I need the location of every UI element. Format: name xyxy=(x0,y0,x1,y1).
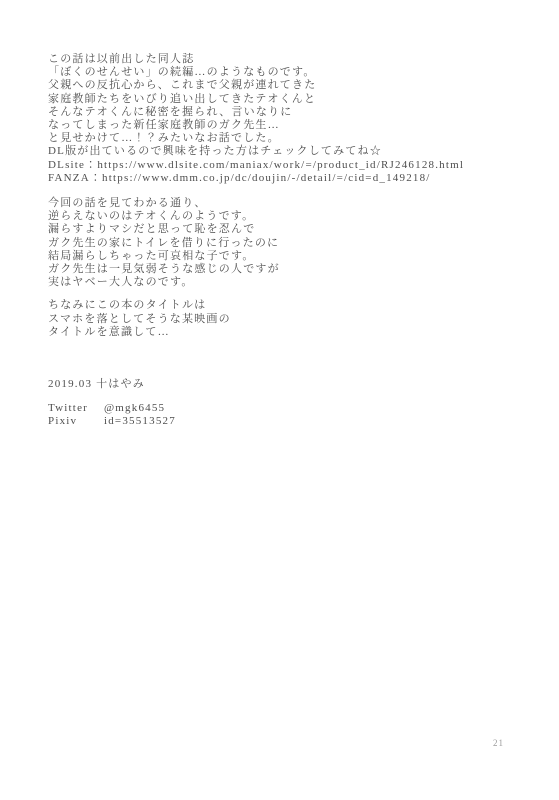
text-line: ガク先生は一見気弱そうな感じの人ですが xyxy=(48,263,539,276)
text-line: 漏らすよりマシだと思って恥を忍んで xyxy=(48,223,539,236)
doujin-afterword-page: この話は以前出した同人誌 「ぼくのせんせい」の続編…のようなものです。 父親への… xyxy=(0,0,559,800)
text-line: そんなテオくんに秘密を握られ、言いなりに xyxy=(48,106,539,119)
dlsite-url-line: DLsite：https://www.dlsite.com/maniax/wor… xyxy=(48,159,539,172)
text-line: 家庭教師たちをいびり追い出してきたテオくんと xyxy=(48,93,539,106)
text-line: 結局漏らしちゃった可哀相な子です。 xyxy=(48,250,539,263)
dl-version-note-line: DL版が出ているので興味を持った方はチェックしてみてね☆ xyxy=(48,145,539,158)
text-line: タイトルを意識して… xyxy=(48,326,539,339)
contact-row-twitter: Twitter @mgk6455 xyxy=(48,402,539,415)
twitter-label: Twitter xyxy=(48,402,100,415)
afterword-content: この話は以前出した同人誌 「ぼくのせんせい」の続編…のようなものです。 父親への… xyxy=(48,53,539,429)
text-line: この話は以前出した同人誌 xyxy=(48,53,539,66)
text-line: スマホを落としてそうな某映画の xyxy=(48,313,539,326)
pixiv-id: id=35513527 xyxy=(104,415,176,427)
twitter-handle: @mgk6455 xyxy=(104,402,165,414)
text-line: ガク先生の家にトイレを借りに行ったのに xyxy=(48,237,539,250)
text-line: 逆らえないのはテオくんのようです。 xyxy=(48,210,539,223)
text-line: なってしまった新任家庭教師のガク先生… xyxy=(48,119,539,132)
title-notes-paragraph: ちなみにこの本のタイトルは スマホを落としてそうな某映画の タイトルを意識して… xyxy=(48,299,539,339)
text-line: 「ぼくのせんせい」の続編…のようなものです。 xyxy=(48,66,539,79)
text-line: ちなみにこの本のタイトルは xyxy=(48,299,539,312)
fanza-url-line: FANZA：https://www.dmm.co.jp/dc/doujin/-/… xyxy=(48,172,539,185)
afterword-intro-paragraph: この話は以前出した同人誌 「ぼくのせんせい」の続編…のようなものです。 父親への… xyxy=(48,53,539,185)
story-notes-paragraph: 今回の話を見てわかる通り、 逆らえないのはテオくんのようです。 漏らすよりマシだ… xyxy=(48,197,539,289)
pixiv-label: Pixiv xyxy=(48,415,100,428)
page-number: 21 xyxy=(493,738,504,748)
date-signature: 2019.03 十はやみ xyxy=(48,378,539,391)
text-line: と見せかけて…！？みたいなお話でした。 xyxy=(48,132,539,145)
contact-row-pixiv: Pixiv id=35513527 xyxy=(48,415,539,428)
text-line: 父親への反抗心から、これまで父親が連れてきた xyxy=(48,79,539,92)
text-line: 実はヤベー大人なのです。 xyxy=(48,276,539,289)
text-line: 今回の話を見てわかる通り、 xyxy=(48,197,539,210)
